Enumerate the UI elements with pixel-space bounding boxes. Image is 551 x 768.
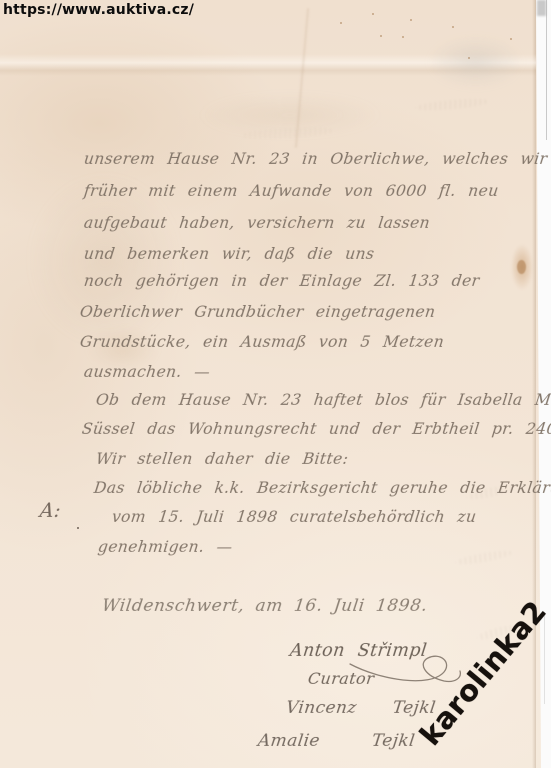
witness-signature-row: Amalie Tejkl [257, 731, 416, 751]
speck [372, 13, 374, 15]
speck [340, 22, 342, 24]
source-url-watermark: https://www.auktiva.cz/ [3, 2, 194, 18]
witness1-first-name: Vincenz [285, 698, 358, 718]
handwriting-line-11: Wir stellen daher die Bitte: [95, 450, 350, 468]
witness-signature-row: Vincenz Tejkl [285, 698, 437, 718]
speck [452, 26, 454, 28]
scanned-letter-photo: unserem Hause Nr. 23 in Oberlichwe, welc… [0, 0, 551, 768]
handwriting-line-2: früher mit einem Aufwande von 6000 fl. n… [83, 182, 500, 200]
speck [468, 57, 470, 59]
margin-note-dot [77, 527, 79, 529]
handwriting-line-10: Süssel das Wohnungsrecht und der Erbthei… [81, 420, 551, 438]
handwriting-line-14: genehmigen. — [97, 538, 234, 556]
margin-note: A: [39, 500, 63, 522]
handwriting-line-1: unserem Hause Nr. 23 in Oberlichwe, welc… [83, 150, 549, 168]
witness2-first-name: Amalie [257, 731, 321, 751]
handwriting-line-9: Ob dem Hause Nr. 23 haftet blos für Isab… [95, 391, 551, 409]
handwriting-line-5: noch gehörigen in der Einlage Zl. 133 de… [83, 272, 481, 290]
speck [410, 19, 412, 21]
stain [428, 36, 523, 88]
handwriting-line-6: Oberlichwer Grundbücher eingetragenen [79, 303, 437, 321]
scan-corner-mark [537, 0, 546, 16]
handwriting-line-13: vom 15. Juli 1898 curatelsbehördlich zu [111, 508, 478, 526]
witness2-last-name: Tejkl [371, 731, 417, 751]
paper-edge-shadow [532, 0, 536, 768]
handwriting-line-8: ausmachen. — [83, 363, 211, 381]
handwriting-line-4: und bemerken wir, daß die uns [83, 245, 376, 263]
handwriting-line-3: aufgebaut haben, versichern zu lassen [83, 214, 431, 232]
paper-tear [517, 260, 526, 274]
scan-edge-line [546, 0, 547, 140]
speck [402, 36, 404, 38]
dateline: Wildenschwert, am 16. Juli 1898. [101, 596, 429, 616]
handwriting-line-7: Grundstücke, ein Ausmaß von 5 Metzen [79, 333, 445, 351]
speck [510, 38, 512, 40]
speck [380, 35, 382, 37]
handwriting-line-12: Das löbliche k.k. Bezirksgericht geruhe … [93, 479, 551, 497]
